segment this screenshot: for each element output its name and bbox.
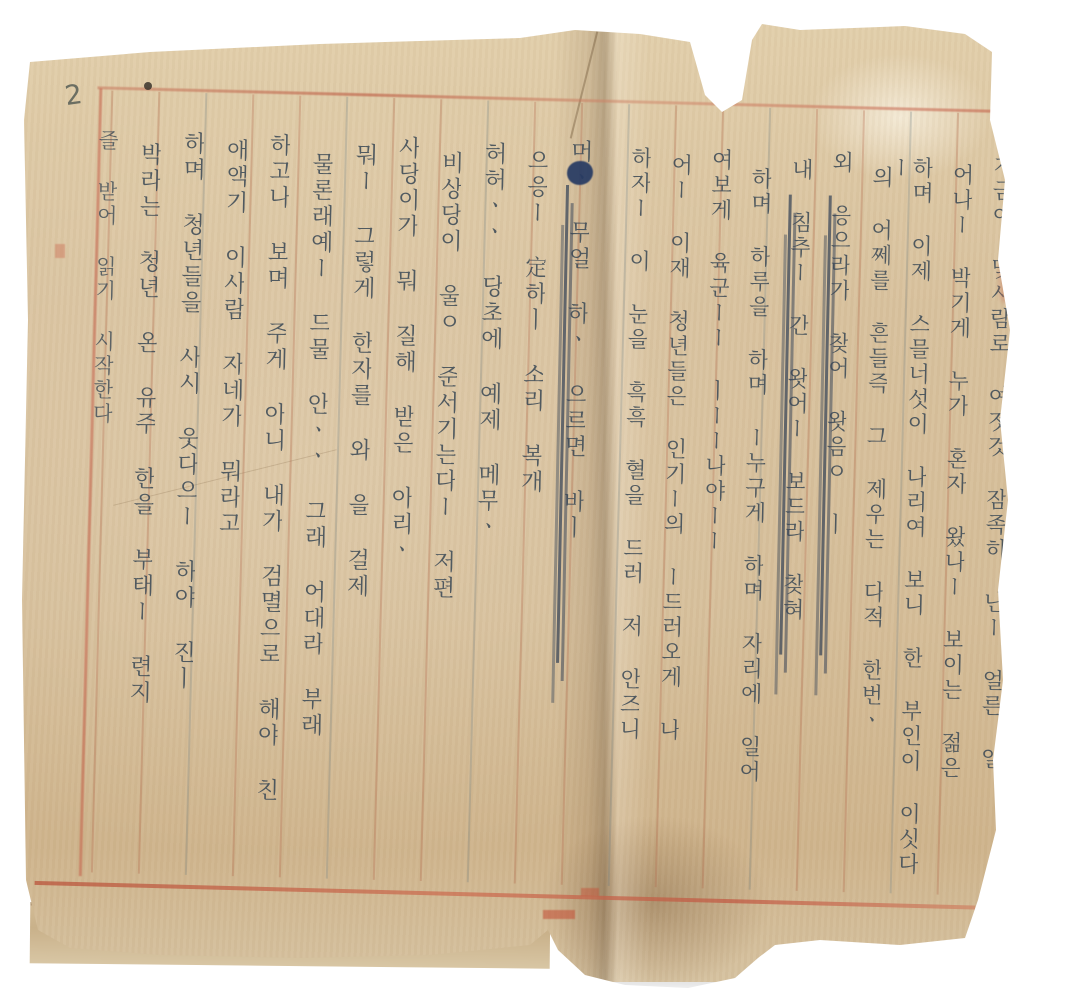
under-border-dash: [543, 910, 575, 919]
left-page: 머ㆍ 무얼 하ㆍ 으르면 바ㅣ 으응ー 定하ㅣ 소리 복개 허허ㆍㆍ 당초에 예…: [59, 129, 591, 910]
top-edge-speck: [144, 82, 152, 90]
red-fleck: [55, 244, 65, 258]
red-smudge: [999, 257, 1011, 303]
photo-background: 머ㆍ 무얼 하ㆍ 으르면 바ㅣ 으응ー 定하ㅣ 소리 복개 허허ㆍㆍ 당초에 예…: [0, 0, 1067, 992]
right-page: 지금이 몇시람로 여젓것 잠족히 난ー 얼른 일 어나ー 박기게 누가 혼자 왔…: [595, 146, 1012, 896]
column-text: 지금이 몇시람로 여젓것 잠족히 난ー 얼른 일: [977, 154, 1013, 772]
under-border-dash: [581, 888, 599, 896]
manuscript-paper: 머ㆍ 무얼 하ㆍ 으르면 바ㅣ 으응ー 定하ㅣ 소리 복개 허허ㆍㆍ 당초에 예…: [15, 22, 1015, 982]
